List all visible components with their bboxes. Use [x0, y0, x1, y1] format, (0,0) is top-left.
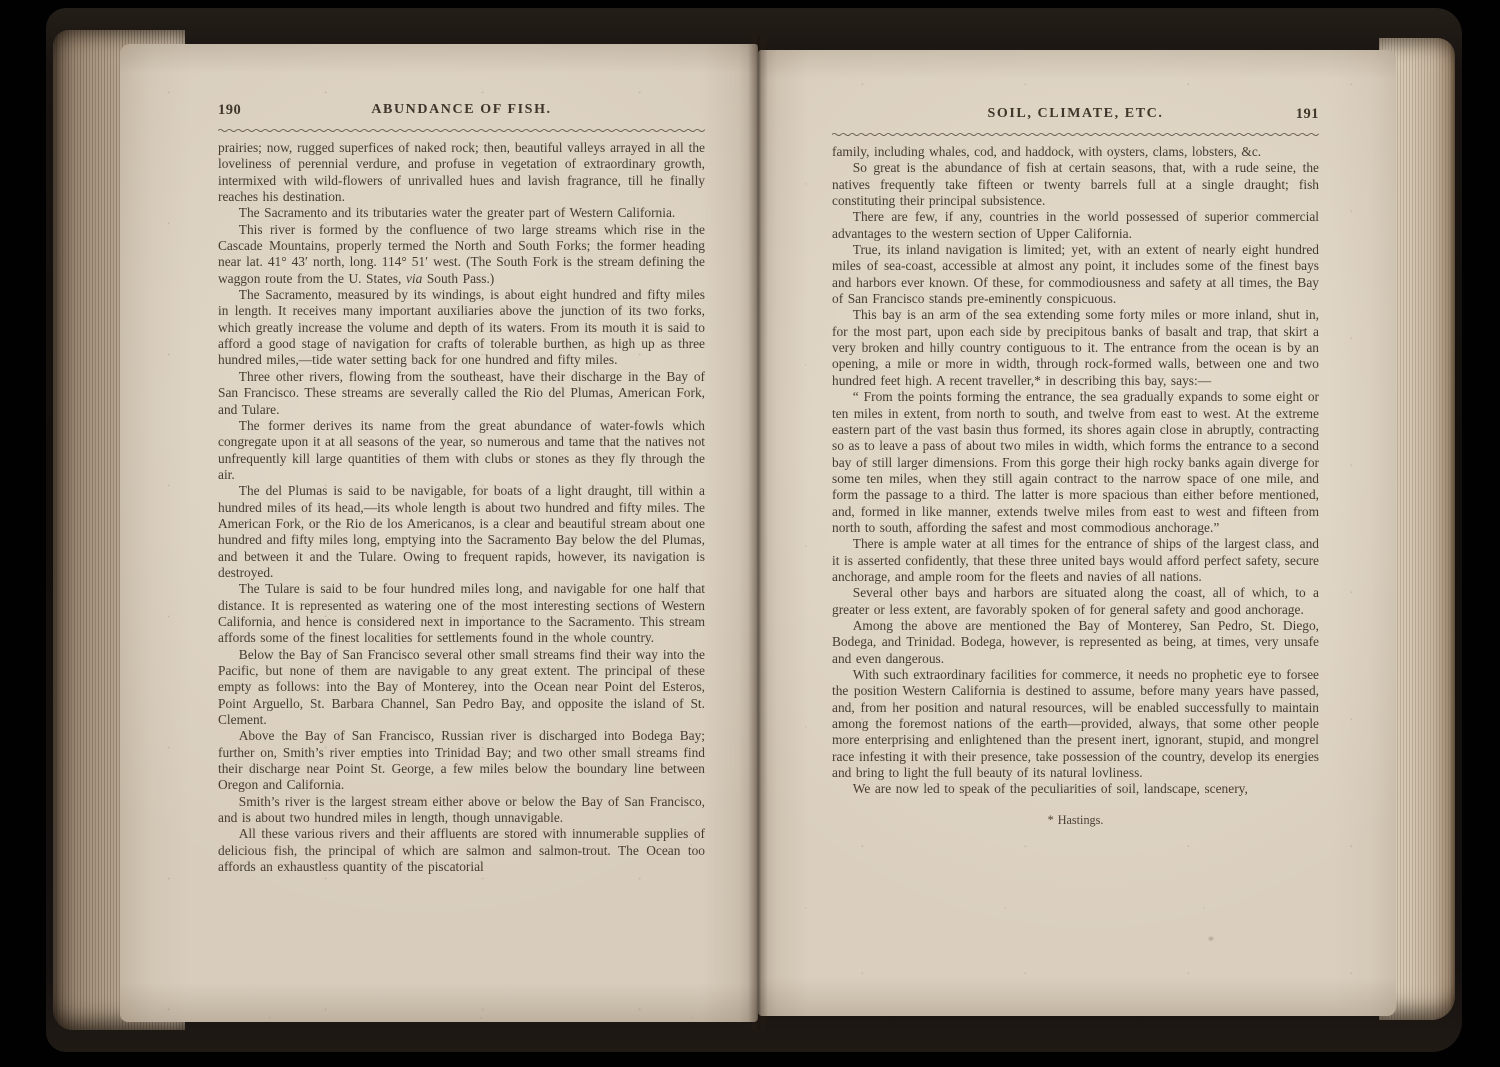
- page-body-right: family, including whales, cod, and haddo…: [832, 144, 1319, 798]
- paragraph: With such extraordinary facilities for c…: [832, 667, 1319, 781]
- page-body-left: prairies; now, rugged superfices of nake…: [218, 140, 705, 875]
- paragraph: The Tulare is said to be four hundred mi…: [218, 581, 705, 646]
- paragraph: Three other rivers, flowing from the sou…: [218, 369, 705, 418]
- paragraph: This bay is an arm of the sea extending …: [832, 307, 1319, 389]
- paragraph: Several other bays and harbors are situa…: [832, 585, 1319, 618]
- wavy-rule: [218, 128, 705, 133]
- paragraph: Above the Bay of San Francisco, Russian …: [218, 728, 705, 793]
- paragraph: The Sacramento and its tributaries water…: [218, 205, 705, 221]
- right-page-header: SOIL, CLIMATE, ETC. 191: [832, 106, 1319, 130]
- book-gutter: [748, 36, 768, 1030]
- page-number-left: 190: [218, 102, 241, 119]
- running-head-left: ABUNDANCE OF FISH.: [218, 102, 705, 118]
- page-number-right: 191: [1296, 106, 1319, 123]
- page-right: SOIL, CLIMATE, ETC. 191 family, includin…: [758, 50, 1396, 1016]
- wavy-rule: [832, 132, 1319, 137]
- paragraph: The del Plumas is said to be navigable, …: [218, 483, 705, 581]
- paragraph: There is ample water at all times for th…: [832, 536, 1319, 585]
- left-page-header: 190 ABUNDANCE OF FISH.: [218, 102, 705, 126]
- paragraph: prairies; now, rugged superfices of nake…: [218, 140, 705, 205]
- paragraph: family, including whales, cod, and haddo…: [832, 144, 1319, 160]
- paragraph: Below the Bay of San Francisco several o…: [218, 647, 705, 729]
- book: 190 ABUNDANCE OF FISH. prairies; now, ru…: [46, 8, 1462, 1052]
- paragraph: “ From the points forming the entrance, …: [832, 389, 1319, 536]
- paragraph: All these various rivers and their afflu…: [218, 826, 705, 875]
- paragraph: We are now led to speak of the peculiari…: [832, 781, 1319, 797]
- paragraph: The former derives its name from the gre…: [218, 418, 705, 483]
- footnote: * Hastings.: [832, 813, 1319, 828]
- running-head-right: SOIL, CLIMATE, ETC.: [832, 106, 1319, 122]
- paragraph: True, its inland navigation is limited; …: [832, 242, 1319, 307]
- paragraph: Smith’s river is the largest stream eith…: [218, 794, 705, 827]
- page-left: 190 ABUNDANCE OF FISH. prairies; now, ru…: [120, 44, 758, 1022]
- paragraph: Among the above are mentioned the Bay of…: [832, 618, 1319, 667]
- paragraph: The Sacramento, measured by its windings…: [218, 287, 705, 369]
- right-text-column: SOIL, CLIMATE, ETC. 191 family, includin…: [832, 106, 1319, 828]
- paragraph: So great is the abundance of fish at cer…: [832, 160, 1319, 209]
- paragraph: This river is formed by the confluence o…: [218, 222, 705, 287]
- left-text-column: 190 ABUNDANCE OF FISH. prairies; now, ru…: [218, 102, 705, 875]
- paragraph: There are few, if any, countries in the …: [832, 209, 1319, 242]
